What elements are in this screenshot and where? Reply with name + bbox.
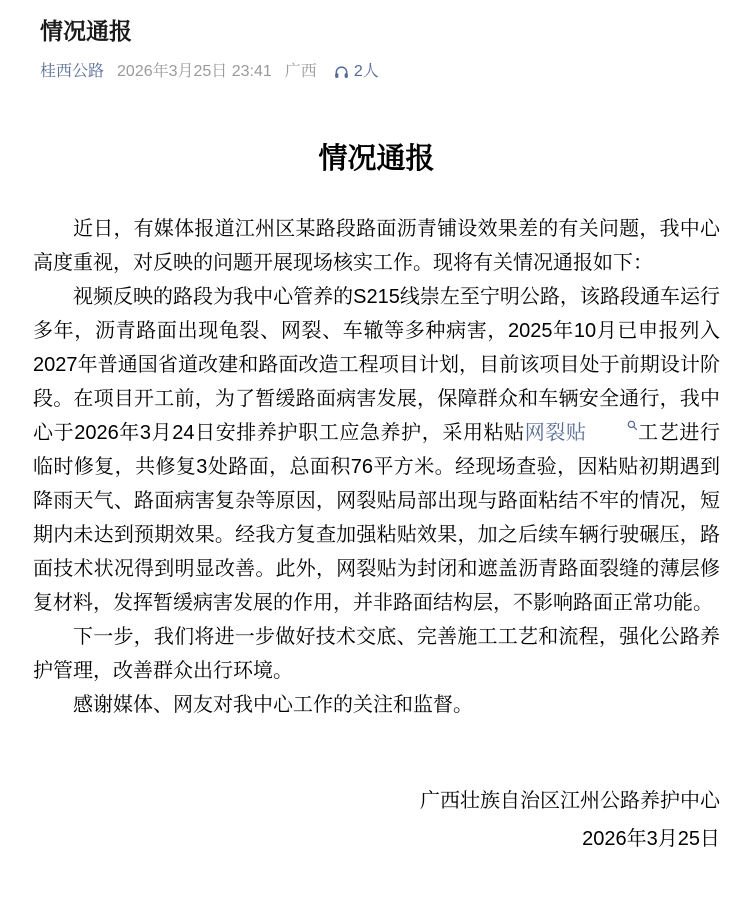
article-page: 情况通报 桂西公路 2026年3月25日 23:41 广西 2人 情况通报 近日… (0, 0, 753, 878)
publish-location: 广西 (285, 61, 317, 83)
article-body: 近日，有媒体报道江州区某路段路面沥青铺设效果差的有关问题，我中心高度重视，对反映… (33, 212, 720, 722)
search-icon (587, 420, 638, 431)
paragraph-text: 工艺进行临时修复，共修复3处路面，总面积76平方米。经现场查验，因粘贴初期遇到降… (33, 422, 720, 614)
article-content: 情况通报 近日，有媒体报道江州区某路段路面沥青铺设效果差的有关问题，我中心高度重… (0, 139, 753, 878)
author-link[interactable]: 桂西公路 (40, 61, 104, 83)
paragraph: 视频反映的路段为我中心管养的S215线崇左至宁明公路，该路段通车运行多年，沥青路… (33, 280, 720, 620)
paragraph-text: 感谢媒体、网友对我中心工作的关注和监督。 (73, 694, 473, 716)
listener-count-label: 2人 (354, 61, 379, 83)
paragraph: 下一步，我们将进一步做好技术交底、完善施工工艺和流程，强化公路养护管理，改善群众… (33, 620, 720, 688)
signature-org: 广西壮族自治区江州公路养护中心 (33, 782, 720, 820)
signature-date: 2026年3月25日 (33, 820, 720, 858)
article-header: 情况通报 桂西公路 2026年3月25日 23:41 广西 2人 (0, 0, 753, 83)
headphones-icon (333, 64, 350, 81)
paragraph-text: 近日，有媒体报道江州区某路段路面沥青铺设效果差的有关问题，我中心高度重视，对反映… (33, 218, 720, 274)
listen-count-button[interactable]: 2人 (333, 61, 379, 83)
search-term-link[interactable]: 网裂贴 (525, 422, 638, 444)
publish-datetime: 2026年3月25日 23:41 (117, 61, 272, 83)
paragraph-text: 下一步，我们将进一步做好技术交底、完善施工工艺和流程，强化公路养护管理，改善群众… (33, 626, 720, 682)
page-title: 情况通报 (40, 16, 713, 46)
document-heading: 情况通报 (33, 139, 720, 179)
paragraph: 近日，有媒体报道江州区某路段路面沥青铺设效果差的有关问题，我中心高度重视，对反映… (33, 212, 720, 280)
signature-block: 广西壮族自治区江州公路养护中心 2026年3月25日 (33, 782, 720, 878)
article-meta: 桂西公路 2026年3月25日 23:41 广西 2人 (40, 61, 713, 83)
paragraph: 感谢媒体、网友对我中心工作的关注和监督。 (33, 688, 720, 722)
